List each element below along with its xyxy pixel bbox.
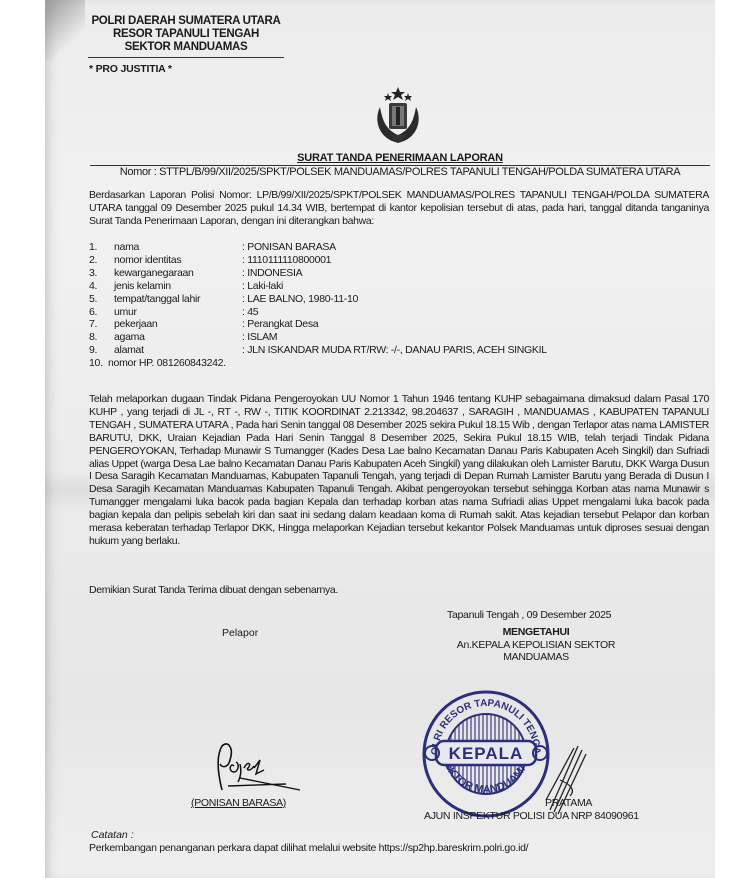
field-value: : 45 [242,306,649,319]
identity-row: 2.nomor identitas: 1110111110800001 [89,254,649,267]
row-number: 1. [89,241,114,254]
phone-number: nomor HP. 081260843242. [108,357,226,370]
polri-emblem-icon [370,85,426,145]
reporter-label: Pelapor [222,627,258,639]
official-stamp-icon: POLRI RESOR TAPANULI TENGAH SEKTOR MANDU… [418,686,554,822]
identity-row: 5.tempat/tanggal lahir: LAE BALNO, 1980-… [89,293,649,306]
acknowledge-title: MENGETAHUI [450,626,622,639]
field-value: : LAE BALNO, 1980-11-10 [242,293,649,306]
field-value: : INDONESIA [242,267,649,280]
row-number: 6. [89,306,114,319]
reporter-name: (PONISAN BARASA) [191,797,286,809]
row-number: 2. [89,254,114,267]
identity-row: 8.agama: ISLAM [89,331,649,344]
reporter-identity-list: 1.nama: PONISAN BARASA 2.nomor identitas… [89,241,649,370]
pro-justitia: * PRO JUSTITIA * [89,63,172,75]
svg-text:KEPALA: KEPALA [449,744,524,763]
identity-row: 7.pekerjaan: Perangkat Desa [89,318,649,331]
place-date: Tapanuli Tengah , 09 Desember 2025 [447,609,611,621]
agency-line-3: SEKTOR MANDUAMAS [88,41,284,54]
acknowledgement-block: MENGETAHUI An.KEPALA KEPOLISIAN SEKTOR M… [450,626,622,664]
identity-row: 1.nama: PONISAN BARASA [89,241,649,254]
document-title: SURAT TANDA PENERIMAAN LAPORAN [90,152,710,164]
identity-row: 9.alamat: JLN ISKANDAR MUDA RT/RW: -/-, … [89,344,649,357]
row-number: 3. [89,267,114,280]
note-text: Perkembangan penanganan perkara dapat di… [89,842,528,854]
field-value: : 1110111110800001 [242,254,649,267]
intro-paragraph: Berdasarkan Laporan Polisi Nomor: LP/B/9… [89,189,709,228]
field-label: jenis kelamin [114,280,242,293]
field-value: : Laki-laki [242,280,649,293]
reporter-signature-icon [200,738,320,798]
field-label: umur [114,306,242,319]
row-number: 8. [89,331,114,344]
phone-row: 10.nomor HP. 081260843242. [89,357,649,370]
report-body-paragraph: Telah melaporkan dugaan Tindak Pidana Pe… [89,393,709,548]
row-number: 10. [89,357,108,370]
closing-statement: Demikian Surat Tanda Terima dibuat denga… [89,584,709,597]
field-value: : ISLAM [242,331,649,344]
officer-name: PRATAMA [545,797,592,809]
officer-rank: AJUN INSPEKTUR POLISI DUA NRP 84090961 [424,810,639,822]
row-number: 9. [89,344,114,357]
field-value: : Perangkat Desa [242,318,649,331]
acknowledge-line-2: MANDUAMAS [450,651,622,664]
agency-line-2: RESOR TAPANULI TENGAH [88,28,284,41]
document-number: Nomor : STTPL/B/99/XII/2025/SPKT/POLSEK … [90,166,710,178]
acknowledge-line-1: An.KEPALA KEPOLISIAN SEKTOR [450,639,622,652]
identity-row: 6.umur: 45 [89,306,649,319]
field-label: kewarganegaraan [114,267,242,280]
field-value: : JLN ISKANDAR MUDA RT/RW: -/-, DANAU PA… [242,344,649,357]
field-label: tempat/tanggal lahir [114,293,242,306]
row-number: 4. [89,280,114,293]
agency-line-1: POLRI DAERAH SUMATERA UTARA [88,15,284,28]
field-label: nomor identitas [114,254,242,267]
identity-row: 3.kewarganegaraan: INDONESIA [89,267,649,280]
agency-header: POLRI DAERAH SUMATERA UTARA RESOR TAPANU… [88,15,284,54]
field-label: agama [114,331,242,344]
field-label: alamat [114,344,242,357]
identity-row: 4.jenis kelamin: Laki-laki [89,280,649,293]
row-number: 5. [89,293,114,306]
note-label: Catatan : [91,829,134,841]
field-value: : PONISAN BARASA [242,241,649,254]
field-label: nama [114,241,242,254]
header-divider [88,57,284,58]
row-number: 7. [89,318,114,331]
field-label: pekerjaan [114,318,242,331]
